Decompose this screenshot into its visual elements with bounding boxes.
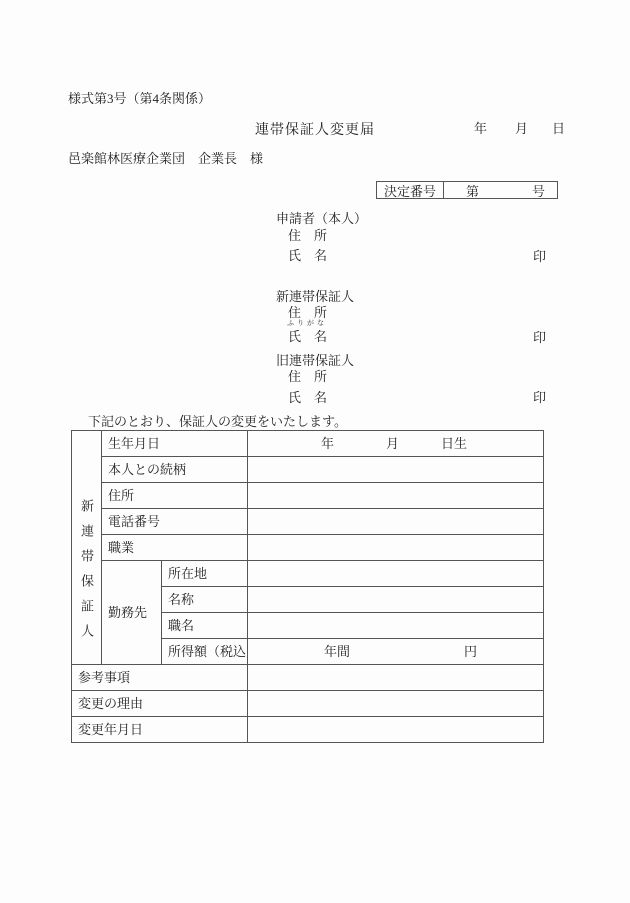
phone-value-cell bbox=[248, 509, 544, 535]
guarantor-detail-table: 新連帯保証人 生年月日 年 月 日生 本人との続柄 住所 bbox=[71, 430, 544, 743]
reason-value-cell bbox=[248, 691, 544, 717]
group-label: 新連帯保証人 bbox=[80, 499, 93, 649]
page-title: 連帯保証人変更届 bbox=[0, 124, 630, 138]
old-guarantor-seal-mark: 印 bbox=[533, 391, 546, 404]
label-workplace-location: 所在地 bbox=[162, 561, 248, 587]
label-relation: 本人との続柄 bbox=[102, 457, 248, 483]
income-yen-unit: 円 bbox=[464, 645, 477, 658]
group-label-cell: 新連帯保証人 bbox=[72, 431, 102, 665]
decision-number-suffix: 号 bbox=[532, 181, 545, 200]
new-guarantor-address-label: 住 所 bbox=[288, 306, 327, 319]
label-workplace-position: 職名 bbox=[162, 613, 248, 639]
table-row-reference: 参考事項 bbox=[72, 665, 544, 691]
table-row-relation: 本人との続柄 bbox=[72, 457, 544, 483]
income-value: 年間 円 bbox=[248, 639, 543, 664]
label-reference: 参考事項 bbox=[72, 665, 248, 691]
income-value-cell: 年間 円 bbox=[248, 639, 544, 665]
applicant-seal-mark: 印 bbox=[533, 250, 546, 263]
new-guarantor-heading: 新連帯保証人 bbox=[276, 290, 354, 303]
decision-number-prefix: 第 bbox=[466, 181, 479, 200]
old-guarantor-heading: 旧連帯保証人 bbox=[276, 354, 354, 367]
occupation-value-cell bbox=[248, 535, 544, 561]
reference-value-cell bbox=[248, 665, 544, 691]
birth-month-unit: 月 bbox=[386, 437, 399, 450]
table-row-reason: 変更の理由 bbox=[72, 691, 544, 717]
birth-day-unit: 日生 bbox=[441, 437, 467, 450]
decision-number-label: 決定番号 bbox=[377, 182, 444, 198]
table-row-birth: 新連帯保証人 生年月日 年 月 日生 bbox=[72, 431, 544, 457]
table-row-address: 住所 bbox=[72, 483, 544, 509]
addressee: 邑楽館林医療企業団 企業長 様 bbox=[68, 152, 263, 165]
label-birth: 生年月日 bbox=[102, 431, 248, 457]
change-date-value-cell bbox=[248, 717, 544, 743]
new-guarantor-seal-mark: 印 bbox=[533, 331, 546, 344]
document-page: 様式第3号（第4条関係） 年月日 連帯保証人変更届 邑楽館林医療企業団 企業長 … bbox=[0, 0, 630, 903]
decision-number-value: 第 号 bbox=[444, 182, 557, 198]
old-guarantor-name-label: 氏 名 bbox=[288, 391, 327, 404]
table-row-phone: 電話番号 bbox=[72, 509, 544, 535]
workplace-location-value-cell bbox=[248, 561, 544, 587]
birth-year-unit: 年 bbox=[321, 437, 334, 450]
birth-value-cell: 年 月 日生 bbox=[248, 431, 544, 457]
label-income: 所得額（税込） bbox=[162, 639, 248, 665]
table-row-occupation: 職業 bbox=[72, 535, 544, 561]
label-occupation: 職業 bbox=[102, 535, 248, 561]
relation-value-cell bbox=[248, 457, 544, 483]
income-annual-unit: 年間 bbox=[324, 645, 350, 658]
form-number: 様式第3号（第4条関係） bbox=[68, 92, 211, 105]
label-workplace-name: 名称 bbox=[162, 587, 248, 613]
new-guarantor-name-label: 氏 名 bbox=[288, 330, 327, 343]
applicant-name-label: 氏 名 bbox=[288, 249, 327, 262]
table-row-change-date: 変更年月日 bbox=[72, 717, 544, 743]
label-address: 住所 bbox=[102, 483, 248, 509]
workplace-position-value-cell bbox=[248, 613, 544, 639]
intro-line: 下記のとおり、保証人の変更をいたします。 bbox=[88, 415, 347, 428]
workplace-name-value-cell bbox=[248, 587, 544, 613]
birth-value: 年 月 日生 bbox=[248, 431, 543, 456]
decision-number-box: 決定番号 第 号 bbox=[376, 181, 558, 199]
label-phone: 電話番号 bbox=[102, 509, 248, 535]
old-guarantor-address-label: 住 所 bbox=[288, 370, 327, 383]
table-row-workplace-location: 勤務先 所在地 bbox=[72, 561, 544, 587]
applicant-address-label: 住 所 bbox=[288, 229, 327, 242]
label-reason: 変更の理由 bbox=[72, 691, 248, 717]
address-value-cell bbox=[248, 483, 544, 509]
applicant-heading: 申請者（本人） bbox=[276, 212, 367, 225]
label-change-date: 変更年月日 bbox=[72, 717, 248, 743]
label-workplace: 勤務先 bbox=[102, 561, 162, 665]
furigana-label: ふりがな bbox=[287, 320, 327, 327]
